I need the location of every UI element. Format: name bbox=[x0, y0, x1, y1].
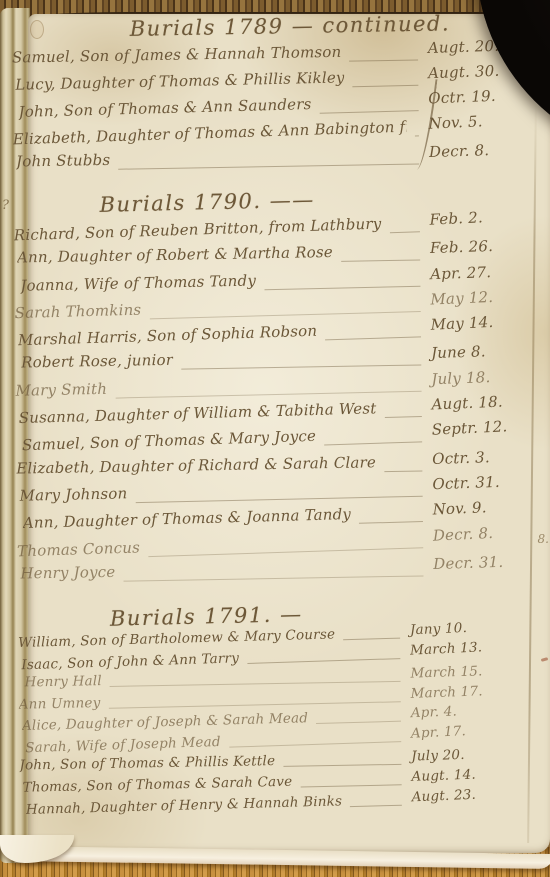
entry-rule-dash bbox=[350, 804, 402, 806]
entry-rule-dash bbox=[264, 286, 420, 290]
entry-name: John, Son of Thomas & Phillis Kettle bbox=[19, 753, 275, 773]
entry-date: Nov. 9. bbox=[432, 497, 537, 519]
entry-rule-dash bbox=[109, 701, 401, 709]
photographed-register-page: { "sections": [ { "id": "burials-1789-co… bbox=[0, 0, 550, 877]
entry-rule-dash bbox=[118, 163, 419, 169]
entry-name: Joanna, Wife of Thomas Tandy bbox=[20, 271, 256, 294]
entry-name: Mary Johnson bbox=[19, 484, 127, 504]
entry-date: Decr. 8. bbox=[429, 140, 534, 161]
entry-name: Henry Hall bbox=[24, 673, 102, 690]
entry-rule-dash bbox=[384, 470, 422, 472]
burial-section-burials-1790: Burials 1790. ——Richard, Son of Reuben B… bbox=[13, 185, 537, 589]
entry-date: Feb. 2. bbox=[429, 206, 534, 229]
entry-date: Apr. 27. bbox=[430, 261, 535, 283]
entry-name: Thomas Concus bbox=[17, 538, 140, 560]
burial-section-burials-1789-continued: Burials 1789 — continued.Samuel, Son of … bbox=[12, 11, 534, 176]
entry-date: July 20. bbox=[411, 744, 539, 764]
entry-rule-dash bbox=[325, 337, 421, 341]
entry-rule-dash bbox=[359, 522, 423, 525]
entry-rule-dash bbox=[341, 260, 420, 262]
entry-date: May 12. bbox=[430, 286, 535, 308]
entry-date: May 14. bbox=[430, 311, 535, 334]
entry-rule-dash bbox=[124, 576, 424, 582]
entry-rule-dash bbox=[150, 311, 421, 319]
entry-name: John Stubbs bbox=[16, 151, 111, 171]
entry-name: William, Son of Bartholomew & Mary Cours… bbox=[18, 627, 335, 652]
entry-name: Mary Smith bbox=[15, 380, 107, 400]
entry-date: Nov. 5. bbox=[428, 110, 533, 133]
entry-name: Ann Umney bbox=[19, 695, 101, 713]
entry-name: Richard, Son of Reuben Britton, from Lat… bbox=[14, 215, 382, 245]
section-heading: Burials 1789 — continued. bbox=[129, 10, 531, 41]
entry-rule-dash bbox=[350, 59, 419, 61]
entry-rule-dash bbox=[247, 658, 400, 664]
entry-rule-dash bbox=[343, 638, 400, 641]
entry-rule-dash bbox=[229, 741, 401, 748]
burial-section-burials-1791: Burials 1791. —William, Son of Bartholom… bbox=[18, 599, 540, 818]
entry-rule-dash bbox=[181, 365, 421, 370]
entry-date: Decr. 31. bbox=[433, 552, 538, 573]
entry-rule-dash bbox=[390, 232, 420, 234]
entry-date: Apr. 4. bbox=[410, 700, 539, 721]
entry-rule-dash bbox=[385, 416, 422, 418]
entry-name: Ann, Daughter of Robert & Martha Rose bbox=[17, 243, 333, 267]
entry-name: Sarah Thomkins bbox=[14, 301, 141, 322]
entry-name: Samuel, Son of James & Hannah Thomson bbox=[12, 43, 342, 67]
entry-date: Octr. 31. bbox=[432, 471, 537, 493]
entry-date: Septr. 12. bbox=[431, 416, 536, 439]
entry-rule-dash bbox=[316, 721, 401, 724]
entry-date: Octr. 3. bbox=[432, 446, 537, 467]
entry-rule-dash bbox=[324, 442, 422, 446]
entry-rule-dash bbox=[110, 680, 401, 686]
entry-name: Henry Joyce bbox=[20, 563, 115, 583]
entry-name: Robert Rose, junior bbox=[21, 351, 173, 372]
entry-rule-dash bbox=[353, 85, 419, 87]
register-sections: Burials 1789 — continued.Samuel, Son of … bbox=[0, 0, 550, 877]
entry-date: July 18. bbox=[431, 366, 536, 388]
entry-date: Augt. 18. bbox=[431, 391, 536, 413]
entry-rule-dash bbox=[283, 764, 401, 767]
entry-rule-dash bbox=[148, 547, 423, 557]
entry-date: Feb. 26. bbox=[430, 236, 535, 257]
entry-rule-dash bbox=[115, 391, 421, 399]
entry-date: March 15. bbox=[410, 661, 538, 681]
entry-rule-dash bbox=[320, 110, 419, 114]
entry-rule-dash bbox=[136, 496, 423, 503]
entry-date: Octr. 19. bbox=[428, 85, 533, 107]
entry-rule-dash bbox=[300, 784, 401, 787]
entry-date: June 8. bbox=[431, 341, 536, 362]
